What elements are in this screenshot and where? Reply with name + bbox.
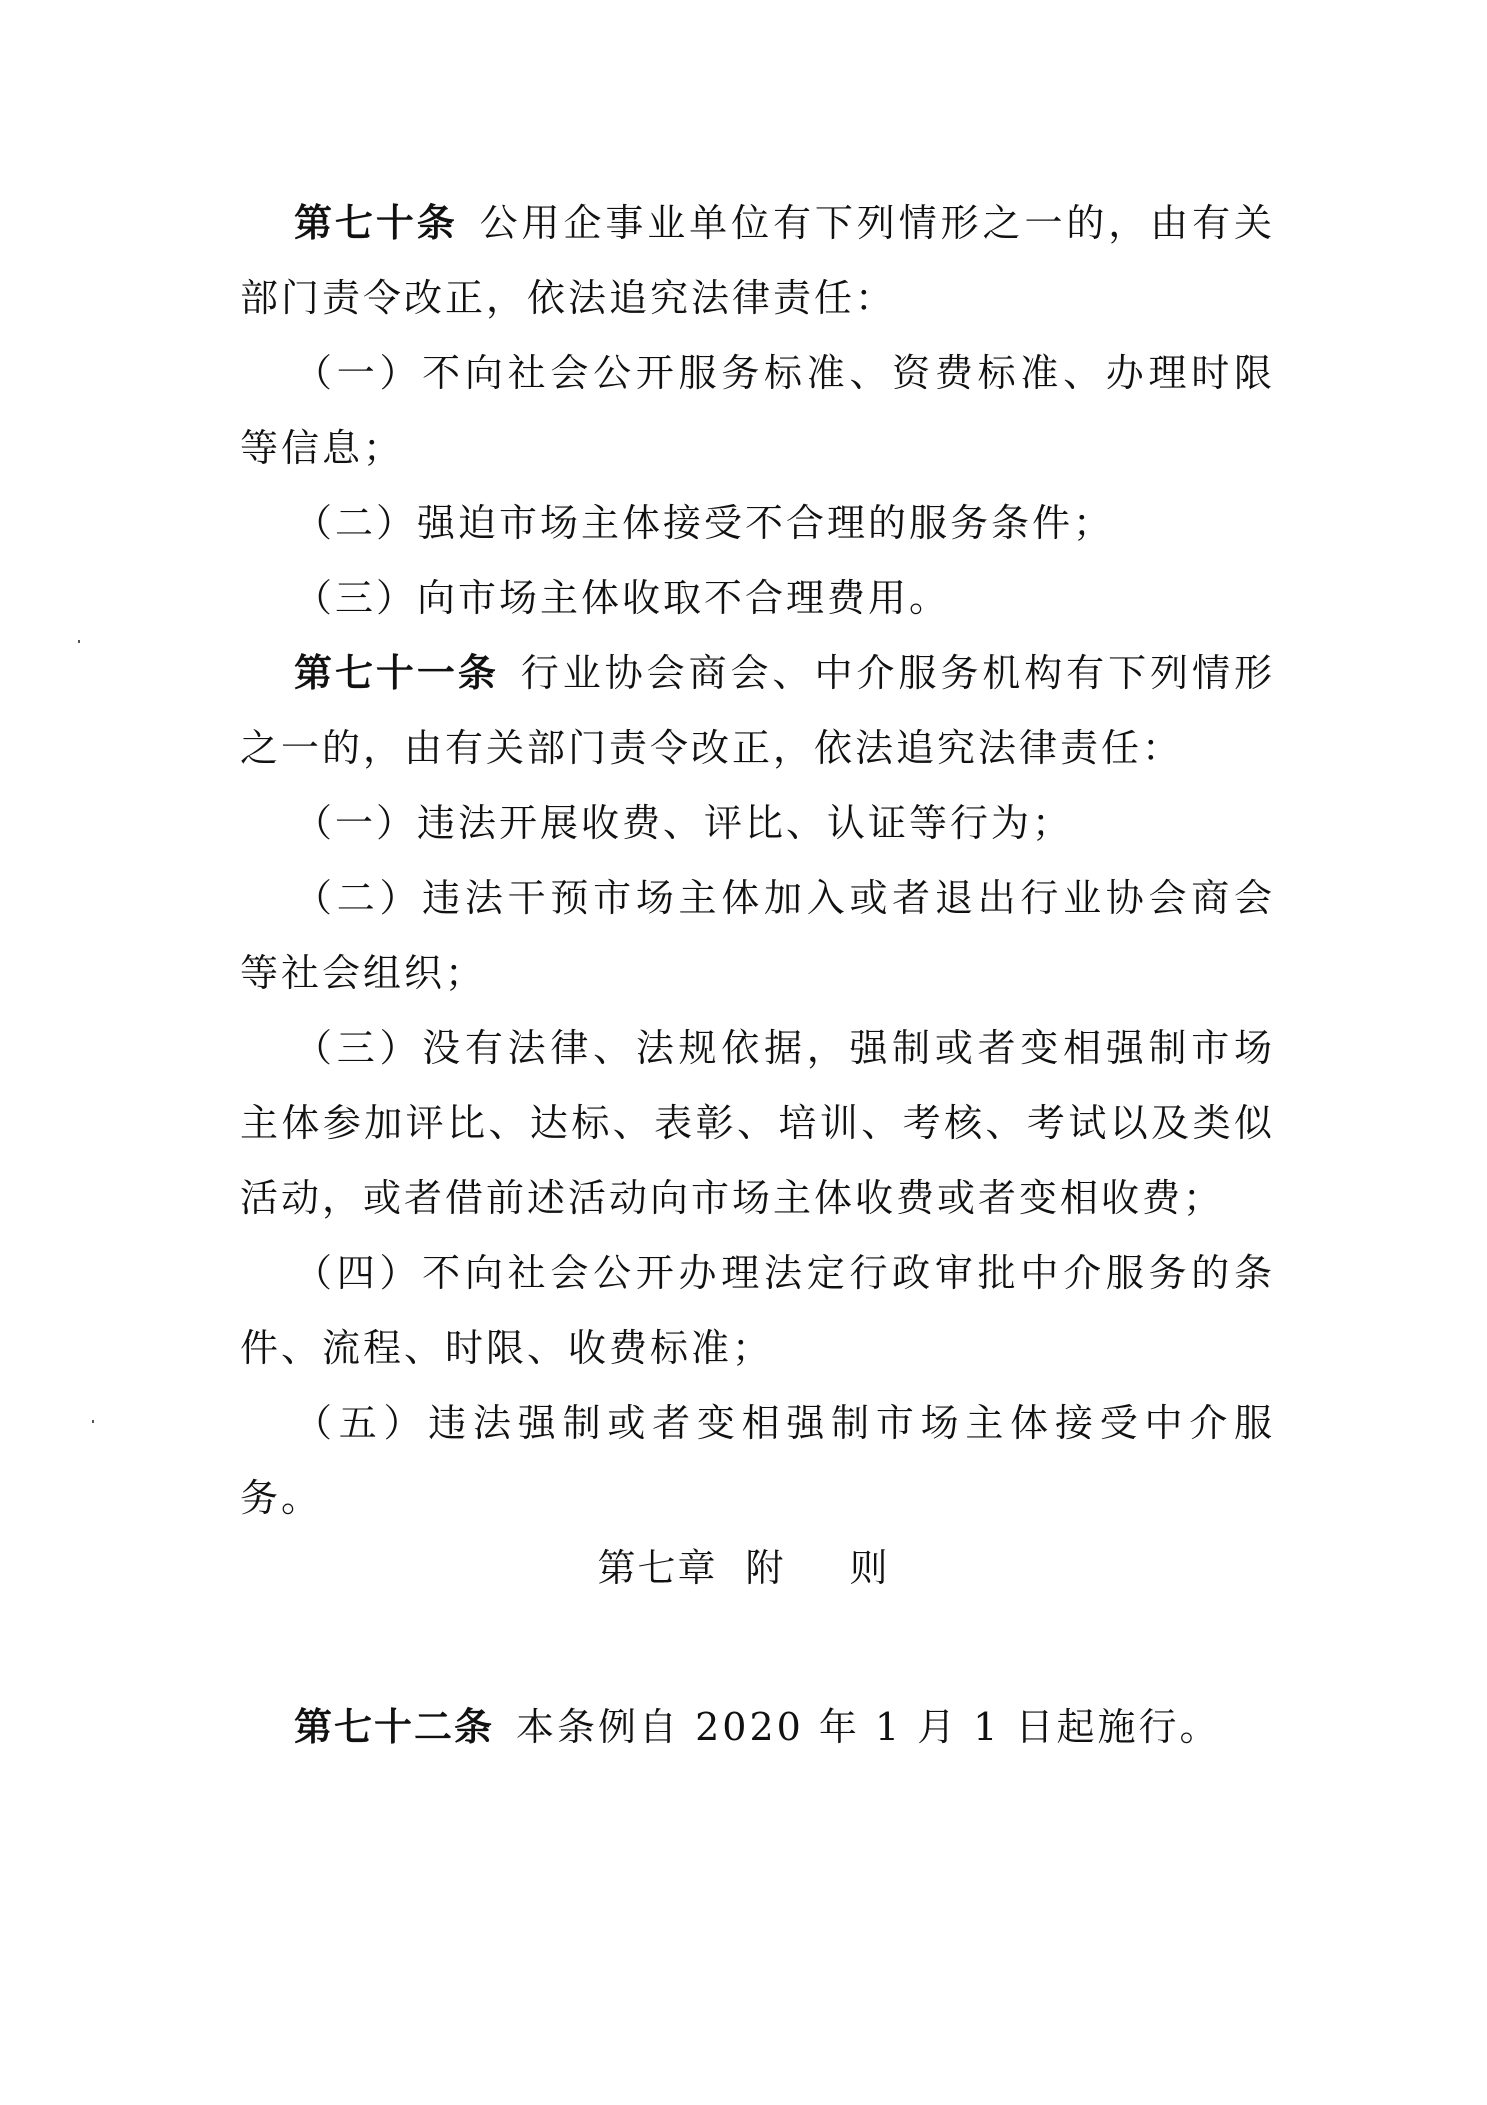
article-71-item-4: （四）不向社会公开办理法定行政审批中介服务的条件、流程、时限、收费标准； xyxy=(240,1236,1275,1386)
article-71-item-5: （五）违法强制或者变相强制市场主体接受中介服务。 xyxy=(240,1386,1275,1536)
article-71-intro: 第七十一条行业协会商会、中介服务机构有下列情形之一的，由有关部门责令改正，依法追… xyxy=(240,636,1275,786)
chapter-number: 第七章 xyxy=(597,1546,717,1590)
scan-speck xyxy=(92,1420,94,1423)
chapter-title-part-2: 则 xyxy=(850,1546,890,1590)
chapter-title-part-1: 附 xyxy=(745,1546,785,1590)
chapter-title: 第七章附则 xyxy=(0,1538,1487,1598)
document-page: 第七十条公用企事业单位有下列情形之一的，由有关部门责令改正，依法追究法律责任： … xyxy=(0,0,1487,2105)
article-70-item-3: （三）向市场主体收取不合理费用。 xyxy=(240,561,1275,636)
article-70-number: 第七十条 xyxy=(294,201,458,245)
article-72-number: 第七十二条 xyxy=(294,1705,494,1749)
articles-block: 第七十条公用企事业单位有下列情形之一的，由有关部门责令改正，依法追究法律责任： … xyxy=(240,186,1275,1536)
article-70-item-1: （一）不向社会公开服务标准、资费标准、办理时限等信息； xyxy=(240,336,1275,486)
article-71-number: 第七十一条 xyxy=(294,651,499,695)
article-70-intro: 第七十条公用企事业单位有下列情形之一的，由有关部门责令改正，依法追究法律责任： xyxy=(240,186,1275,336)
article-72: 第七十二条本条例自 2020 年 1 月 1 日起施行。 xyxy=(294,1690,1221,1765)
scan-speck xyxy=(78,640,80,643)
article-71-item-1: （一）违法开展收费、评比、认证等行为； xyxy=(240,786,1275,861)
article-70-item-2: （二）强迫市场主体接受不合理的服务条件； xyxy=(240,486,1275,561)
article-71-item-2: （二）违法干预市场主体加入或者退出行业协会商会等社会组织； xyxy=(240,861,1275,1011)
article-71-item-3: （三）没有法律、法规依据，强制或者变相强制市场主体参加评比、达标、表彰、培训、考… xyxy=(240,1011,1275,1236)
article-72-text: 本条例自 2020 年 1 月 1 日起施行。 xyxy=(516,1705,1221,1749)
